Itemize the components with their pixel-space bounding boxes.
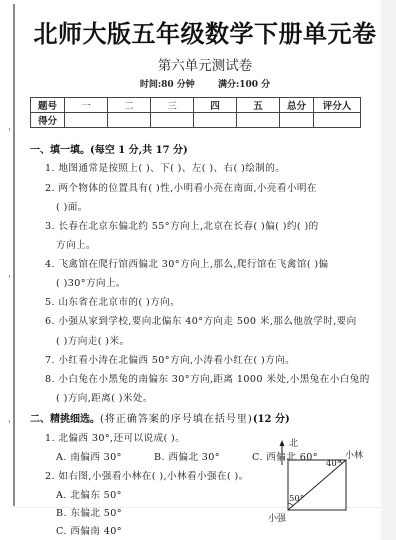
angle-label-50: 50° — [289, 494, 304, 504]
cell-label: 得分 — [31, 113, 65, 128]
score-input-grader[interactable] — [314, 113, 361, 128]
question-1-6: 6. 小强从家到学校,要向北偏东 40°方向走 500 米,那么他放学时,要向 — [45, 313, 357, 327]
cell-section-4: 四 — [194, 98, 237, 113]
question-1-2-cont: ( )面。 — [56, 199, 88, 213]
exam-meta: 时间:80 分钟 满分:100 分 — [30, 77, 380, 90]
question-2-1: 1. 北偏西 30°,还可以说成( )。 — [45, 430, 185, 444]
exam-title: 北师大版五年级数学下册单元卷 — [30, 14, 380, 49]
section-1-note: (每空 1 分,共 17 分) — [90, 145, 188, 156]
score-table: 题号 一 二 三 四 五 总分 评分人 得分 — [30, 97, 361, 128]
binding-dot — [9, 128, 10, 131]
binding-line — [13, 4, 15, 506]
cell-total: 总分 — [280, 98, 314, 113]
xiaoqiang-label: 小强 — [268, 511, 286, 524]
exam-subtitle: 第六单元测试卷 — [30, 54, 380, 74]
north-arrow-icon — [280, 440, 285, 446]
page-edge-shade — [381, 0, 396, 540]
score-input-total[interactable] — [280, 113, 314, 128]
section-2-points: (12 分) — [253, 414, 290, 425]
section-1-heading: 一、填一填。(每空 1 分,共 17 分) — [30, 141, 188, 156]
score-table-header-row: 题号 一 二 三 四 五 总分 评分人 — [31, 98, 361, 113]
binding-dot — [9, 275, 10, 278]
score-input-4[interactable] — [194, 113, 237, 128]
binding-dot — [9, 420, 10, 423]
cell-section-1: 一 — [65, 98, 108, 113]
question-2-2-option-c[interactable]: C. 西偏南 40° — [56, 523, 122, 537]
question-1-3-cont: 方向上。 — [56, 237, 96, 251]
score-input-2[interactable] — [108, 113, 151, 128]
cell-section-3: 三 — [151, 98, 194, 113]
question-1-8: 8. 小白兔在小黑兔的南偏东 30°方向,距离 1000 米处,小黑兔在小白兔的 — [45, 371, 370, 385]
question-2-2-option-a[interactable]: A. 北偏东 50° — [56, 487, 122, 501]
section-2-heading: 二、精挑细选。(将正确答案的序号填在括号里)(12 分) — [30, 410, 290, 425]
question-1-4: 4. 飞禽馆在爬行馆西偏北 30°方向上,那么,爬行馆在飞禽馆( )偏 — [45, 256, 329, 270]
full-score: 满分:100 分 — [218, 80, 270, 90]
xiaolin-label: 小林 — [345, 448, 363, 461]
section-2-note: (将正确答案的序号填在括号里) — [100, 414, 253, 425]
question-2-2-option-b[interactable]: B. 东偏北 50° — [56, 505, 122, 519]
score-table-score-row: 得分 — [31, 113, 361, 128]
question-1-8-cont: ( )方向,距离( )米处。 — [56, 390, 153, 404]
angle-label-40: 40° — [326, 459, 341, 469]
cell-label: 题号 — [31, 98, 65, 113]
cell-grader: 评分人 — [314, 98, 361, 113]
direction-diagram: 北 小林 小强 40° 50° — [262, 435, 372, 525]
score-input-3[interactable] — [151, 113, 194, 128]
cell-section-2: 二 — [108, 98, 151, 113]
question-1-6-cont: ( )方向走( )米。 — [56, 333, 129, 347]
section-1-title: 一、填一填。 — [30, 145, 90, 156]
score-input-5[interactable] — [237, 113, 280, 128]
score-input-1[interactable] — [65, 113, 108, 128]
question-1-5: 5. 山东省在北京市的( )方向。 — [45, 294, 180, 308]
question-1-4-cont: ( )30°方向上。 — [56, 275, 126, 289]
north-label: 北 — [289, 436, 298, 449]
cell-section-5: 五 — [237, 98, 280, 113]
question-1-7: 7. 小红看小涛在北偏西 50°方向,小涛看小红在( )方向。 — [45, 352, 295, 366]
time-limit: 时间:80 分钟 — [140, 80, 195, 90]
option-a[interactable]: A. 南偏西 30° — [56, 449, 154, 463]
question-1-2: 2. 两个物体的位置具有( )性,小明看小亮在南面,小亮看小明在 — [45, 180, 317, 194]
section-2-title: 二、精挑细选。 — [30, 414, 100, 425]
question-1-1: 1. 地图通常是按照上( )、下( )、左( )、右( )绘制的。 — [45, 160, 285, 174]
question-1-3: 3. 长春在北京东偏北约 55°方向上,北京在长春( )偏( )约( )的 — [45, 218, 319, 232]
question-2-2: 2. 如右图,小强看小林在( ),小林看小强在( )。 — [45, 468, 249, 482]
option-b[interactable]: B. 西偏北 30° — [154, 449, 252, 463]
